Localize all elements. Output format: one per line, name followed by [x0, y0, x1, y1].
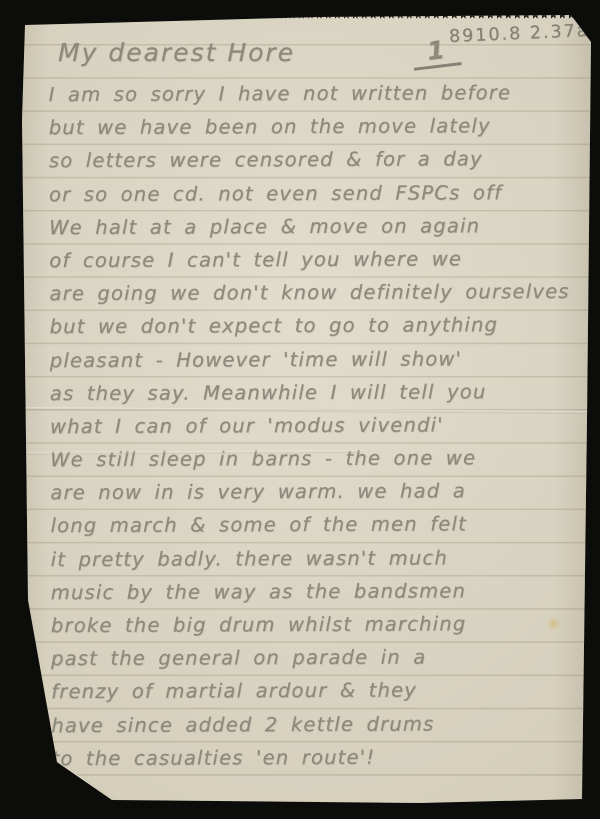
letter-line: are now in is very warm. we had a	[50, 474, 586, 510]
salutation: My dearest Hore	[58, 38, 295, 67]
letter-line: as they say. Meanwhile I will tell you	[50, 375, 586, 411]
letter-line: I am so sorry I have not written before	[48, 76, 584, 112]
letter-page: 8910.8 2.37a My dearest Hore 1 I am so s…	[14, 14, 594, 806]
page-number: 1	[410, 33, 462, 71]
letter-line: frenzy of martial ardour & they	[51, 673, 587, 709]
archive-reference: 8910.8 2.37a	[448, 21, 589, 47]
photo-background: 8910.8 2.37a My dearest Hore 1 I am so s…	[0, 0, 600, 819]
letter-line: or so one cd. not even send FSPCs off	[49, 175, 585, 211]
letter-line: We still sleep in barns - the one we	[50, 441, 586, 477]
letter-line: past the general on parade in a	[51, 640, 587, 676]
letter-line: it pretty badly. there wasn't much	[51, 540, 587, 576]
letter-line: but we don't expect to go to anything	[49, 308, 585, 344]
letter-line: so letters were censored & for a day	[49, 142, 585, 178]
letter-line: are going we don't know definitely ourse…	[49, 275, 585, 311]
letter-line: of course I can't tell you where we	[49, 242, 585, 278]
letter-line: music by the way as the bandsmen	[51, 574, 587, 610]
letter-line: have since added 2 kettle drums	[51, 706, 587, 742]
letter-line: to the casualties 'en route'!	[51, 740, 587, 776]
letter-line: broke the big drum whilst marching	[51, 607, 587, 643]
letter-line: but we have been on the move lately	[49, 109, 585, 145]
letter-line: what I can of our 'modus vivendi'	[50, 408, 586, 444]
letter-line: long march & some of the men felt	[50, 507, 586, 543]
letter-line: pleasant - However 'time will show'	[50, 341, 586, 377]
torn-edge	[20, 14, 590, 21]
letter-body: I am so sorry I have not written beforeb…	[48, 76, 587, 775]
letter-line: We halt at a place & move on again	[49, 209, 585, 245]
